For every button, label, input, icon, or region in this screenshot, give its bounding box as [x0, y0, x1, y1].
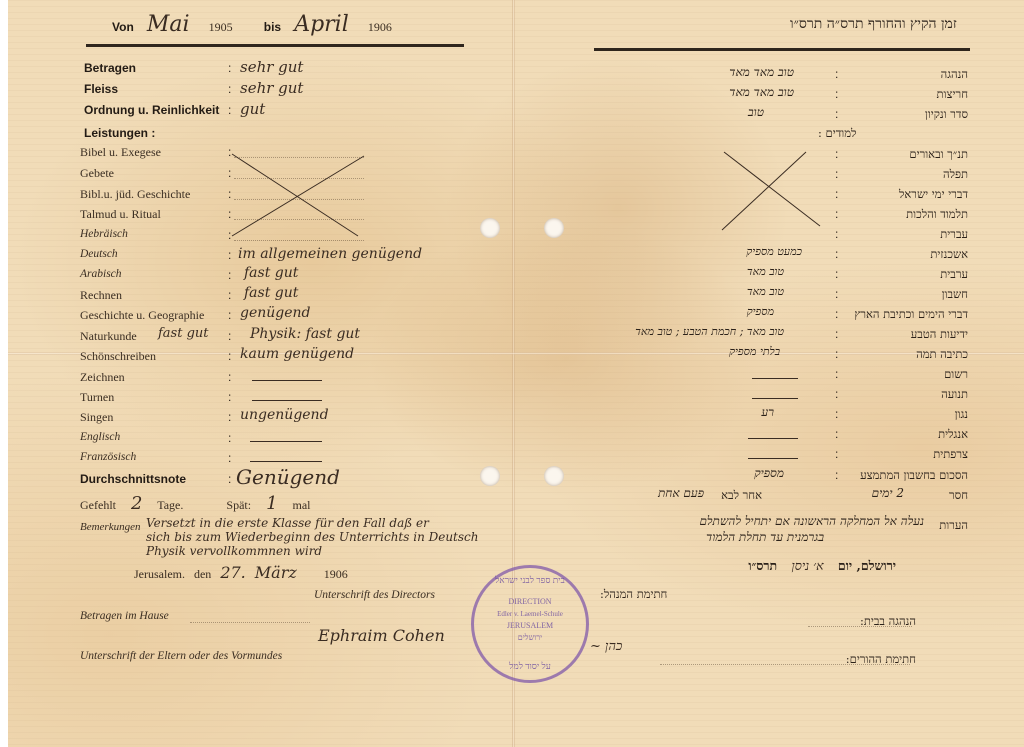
- betragen-label: Betragen: [84, 61, 136, 75]
- leistungen-heading: Leistungen :: [84, 126, 155, 140]
- ordnung-label: Ordnung u. Reinlichkeit: [84, 103, 219, 117]
- subject-label: Singen: [80, 410, 113, 425]
- rechnen-grade: fast gut: [244, 285, 298, 301]
- hebrew-subject-label: דברי הימים וכתיבת הארץ: [854, 307, 968, 321]
- subject-label: Französisch: [80, 451, 136, 463]
- hebrew-crossed-out-x-mark: [718, 150, 828, 232]
- naturkunde-grade: Physik: fast gut: [250, 326, 360, 342]
- director-signature: Ephraim Cohen: [318, 626, 445, 645]
- subject-label: Englisch: [80, 431, 120, 443]
- hebrew-remarks-line: בגרמנית עד תחלת הלמוד: [706, 530, 824, 545]
- school-stamp: בית ספר לבני ישראל DIRECTION Edler v. La…: [471, 565, 589, 683]
- den-label: den: [194, 567, 211, 581]
- hebrew-missed-value: 2 ימים: [872, 486, 904, 501]
- fleiss-label: Fleiss: [84, 82, 118, 96]
- hebrew-day: א׳ ניסן: [792, 558, 824, 573]
- hebrew-dash: [752, 398, 798, 399]
- hebrew-director-signature-label: חתימת המנהל:: [600, 587, 667, 601]
- singen-grade: ungenügend: [240, 407, 329, 423]
- late-value: 1: [266, 493, 277, 514]
- stamp-ring-top: בית ספר לבני ישראל: [474, 574, 586, 586]
- remarks-label: Bemerkungen: [80, 521, 140, 533]
- hebrew-grade: טוב מאד ; חכמת הטבע ; טוב מאד: [635, 325, 784, 338]
- subject-label: Gebete: [80, 166, 114, 181]
- hebrew-order-label: סדר ונקיון: [925, 107, 968, 121]
- hebrew-dash: [748, 438, 798, 439]
- hebrew-grade: טוב מאד: [747, 265, 784, 278]
- remarks-line: Versetzt in die erste Klasse für den Fal…: [146, 516, 429, 530]
- geschichte-grade: genügend: [240, 305, 311, 321]
- hebrew-subject-label: חשבון: [942, 287, 968, 301]
- place-date: Jerusalem. den 27. März 1906: [134, 563, 348, 582]
- from-month: Mai: [147, 12, 190, 37]
- missed-value: 2: [131, 493, 142, 514]
- day: 27.: [220, 563, 245, 582]
- crossed-out-x-mark: [228, 150, 368, 240]
- hebrew-subject-label: נגון: [955, 407, 968, 421]
- subject-label: Talmud u. Ritual: [80, 207, 161, 222]
- absence-line: Gefehlt 2 Tage. Spät: 1 mal: [80, 493, 311, 514]
- subject-label: Turnen: [80, 390, 114, 405]
- hebrew-subject-label: תנועה: [941, 387, 968, 401]
- stamp-line: ירושלים: [474, 632, 586, 644]
- parent-signature-label: Unterschrift der Eltern oder des Vormund…: [80, 650, 282, 662]
- hebrew-year: תרס״ו: [748, 558, 777, 573]
- punch-hole: [544, 218, 564, 238]
- stamp-ring-bottom: על יסוד למל: [474, 660, 586, 672]
- stamp-line: Edler v. Laemel-Schule: [474, 608, 586, 620]
- to-label: bis: [264, 20, 281, 34]
- hebrew-subject-label: תפלה: [943, 167, 968, 181]
- punch-hole: [544, 466, 564, 486]
- hebrew-order-value: טוב: [748, 105, 764, 120]
- month: März: [255, 563, 297, 582]
- hebrew-subjects-heading: למודים :: [818, 126, 856, 140]
- hebrew-subject-label: ידיעות הטבע: [911, 327, 968, 341]
- hebrew-place: ירושלם, יום: [838, 558, 896, 573]
- hebrew-subject-label: אנגלית: [938, 427, 968, 441]
- hebrew-subject-label: ערבית: [940, 267, 968, 281]
- hebrew-subject-label: תלמוד והלכות: [906, 207, 968, 221]
- hebrew-dash: [752, 378, 798, 379]
- missed-label: Gefehlt: [80, 498, 116, 512]
- hebrew-diligence-value: טוב מאד מאד: [729, 85, 794, 100]
- hebrew-remarks-line: נעלה אל המחלקה הראשונה אם יתחיל להשתלם: [699, 514, 924, 529]
- punch-hole: [480, 466, 500, 486]
- turnen-dash: [252, 400, 322, 401]
- from-year: 1905: [209, 20, 233, 34]
- horizontal-fold: [8, 352, 1024, 355]
- place: Jerusalem.: [134, 567, 185, 581]
- hebrew-average-value: מספיק: [754, 466, 784, 481]
- hebrew-subject-label: רשום: [944, 367, 968, 381]
- average-label: Durchschnittsnote: [80, 472, 186, 486]
- arabisch-grade: fast gut: [244, 265, 298, 281]
- late-label: Spät:: [226, 498, 251, 512]
- year: 1906: [324, 567, 348, 581]
- header-rule: [86, 44, 464, 47]
- deutsch-grade: im allgemeinen genügend: [238, 246, 422, 262]
- stamp-line: DIRECTION: [474, 596, 586, 608]
- to-month: April: [294, 12, 349, 37]
- hebrew-diligence-label: חריצות: [937, 87, 968, 101]
- hebrew-director-signature: ~ כהן: [590, 638, 622, 654]
- fleiss-value: sehr gut: [240, 79, 303, 97]
- punch-hole: [480, 218, 500, 238]
- naturkunde-note: fast gut: [158, 326, 209, 341]
- subject-label: Zeichnen: [80, 370, 125, 385]
- remarks-line: sich bis zum Wiederbeginn des Unterricht…: [146, 530, 479, 544]
- hebrew-behavior-value: טוב מאד מאד: [729, 65, 794, 80]
- franzoesisch-dash: [250, 461, 322, 462]
- ordnung-value: gut: [240, 100, 265, 118]
- hebrew-grade: מספיק: [747, 305, 774, 318]
- subject-label: Hebräisch: [80, 228, 128, 240]
- hebrew-subject-label: אשכנזית: [930, 247, 968, 261]
- subject-label: Bibl.u. jüd. Geschichte: [80, 187, 190, 202]
- hebrew-header-rule: [594, 48, 970, 51]
- zeichnen-dash: [252, 380, 322, 381]
- remarks-line: Physik vervollkommnen wird: [146, 544, 322, 558]
- hebrew-subject-label: תנ״ך ובאורים: [909, 147, 968, 161]
- hebrew-subject-label: דברי ימי ישראל: [899, 187, 968, 201]
- subject-label: Arabisch: [80, 268, 122, 280]
- hebrew-average-label: הסכום בחשבון המתמצע: [860, 468, 968, 482]
- hebrew-late-label: אחר לבא: [721, 488, 762, 502]
- home-behaviour-label: Betragen im Hause: [80, 610, 169, 622]
- hebrew-remarks-label: הערות: [939, 518, 968, 532]
- subject-label: Geschichte u. Geographie: [80, 308, 204, 323]
- subject-label: Bibel u. Exegese: [80, 145, 161, 160]
- hebrew-dash: [748, 458, 798, 459]
- subject-label: Rechnen: [80, 288, 122, 303]
- hebrew-grade: בלתי מספיק: [729, 345, 780, 358]
- hebrew-subject-label: צרפתית: [933, 447, 968, 461]
- hebrew-subject-label: כתיבה תמה: [916, 347, 968, 361]
- average-value: Genügend: [236, 465, 340, 489]
- subject-label: Deutsch: [80, 248, 118, 260]
- director-signature-label: Unterschrift des Directors: [314, 589, 435, 601]
- days-label: Tage.: [157, 498, 183, 512]
- from-label: Von: [112, 20, 134, 34]
- hebrew-grade: כמעט מספיק: [746, 245, 802, 258]
- hebrew-behavior-label: הנהגה: [941, 67, 968, 81]
- betragen-value: sehr gut: [240, 58, 303, 76]
- hebrew-missed-label: חסר: [949, 488, 968, 502]
- schoenschreiben-grade: kaum genügend: [240, 346, 354, 362]
- hebrew-grade: טוב מאד: [747, 285, 784, 298]
- hebrew-subject-label: עברית: [940, 227, 968, 241]
- hebrew-period-header: זמן הקיץ והחורף תרס״ה תרס״ו: [790, 16, 957, 33]
- to-year: 1906: [368, 20, 392, 34]
- stamp-line: JERUSALEM: [474, 620, 586, 632]
- times-label: mal: [293, 498, 311, 512]
- hebrew-place-date: ירושלם, יום א׳ ניסן תרס״ו: [748, 558, 896, 574]
- hebrew-grade: רע: [761, 405, 774, 420]
- englisch-dash: [250, 441, 322, 442]
- subject-label: Naturkunde: [80, 329, 137, 344]
- subject-label: Schönschreiben: [80, 349, 156, 364]
- hebrew-late-value: פעם אחת: [658, 486, 704, 501]
- period-header: Von Mai 1905 bis April 1906: [112, 12, 392, 37]
